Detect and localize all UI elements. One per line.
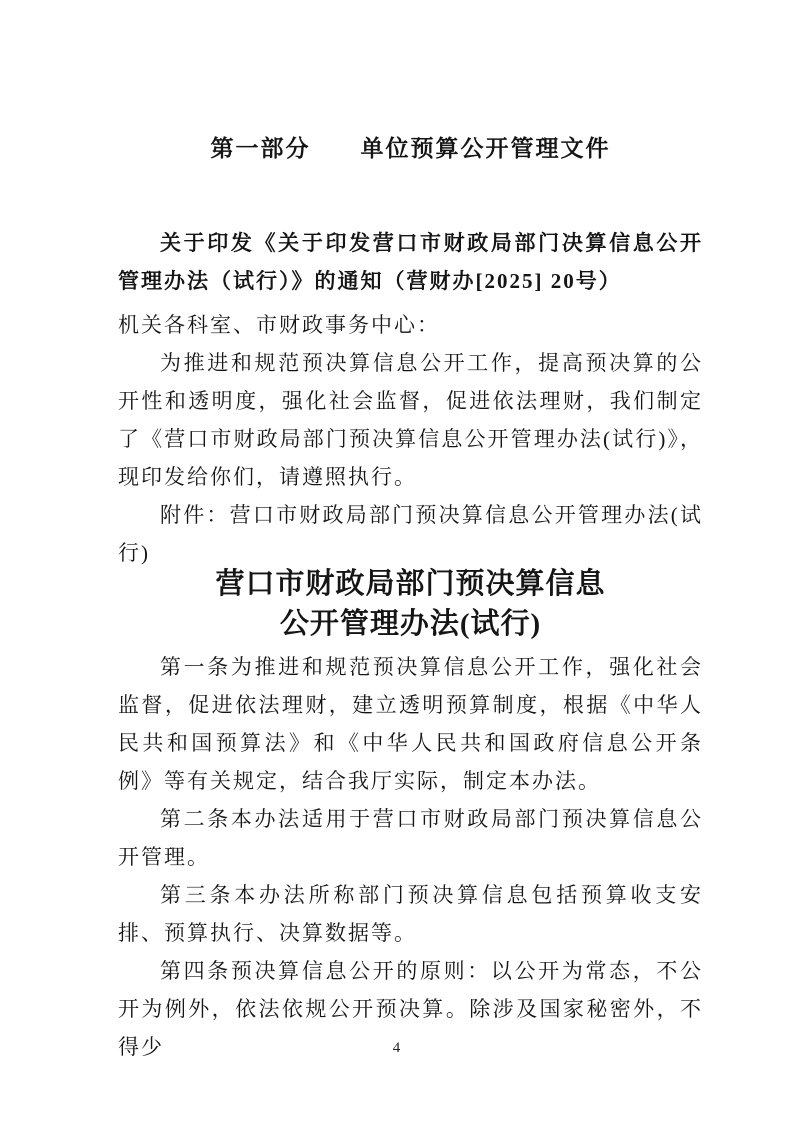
page-number: 4 xyxy=(0,1038,793,1058)
regulation-title-line2: 公开管理办法(试行) xyxy=(280,608,541,640)
notice-title: 关于印发《关于印发营口市财政局部门决算信息公开管理办法（试行）》的通知（营财办[… xyxy=(118,224,703,300)
attachment-note: 附件：营口市财政局部门预决算信息公开管理办法(试行) xyxy=(118,496,703,572)
document-page: 第一部分 单位预算公开管理文件 关于印发《关于印发营口市财政局部门决算信息公开管… xyxy=(0,0,793,1122)
article-3: 第三条本办法所称部门预决算信息包括预算收支安排、预算执行、决算数据等。 xyxy=(118,876,703,952)
salutation-line: 机关各科室、市财政事务中心： xyxy=(118,306,703,344)
part-title: 第一部分 单位预算公开管理文件 xyxy=(118,134,703,164)
article-1: 第一条为推进和规范预决算信息公开工作，强化社会监督，促进依法理财，建立透明预算制… xyxy=(118,648,703,800)
document-content: 第一部分 单位预算公开管理文件 关于印发《关于印发营口市财政局部门决算信息公开管… xyxy=(118,0,703,1066)
regulation-title: 营口市财政局部门预决算信息 公开管理办法(试行) xyxy=(118,564,703,644)
intro-paragraph: 为推进和规范预决算信息公开工作，提高预决算的公开性和透明度，强化社会监督，促进依… xyxy=(118,344,703,496)
article-2: 第二条本办法适用于营口市财政局部门预决算信息公开管理。 xyxy=(118,800,703,876)
regulation-title-line1: 营口市财政局部门预决算信息 xyxy=(215,568,605,600)
